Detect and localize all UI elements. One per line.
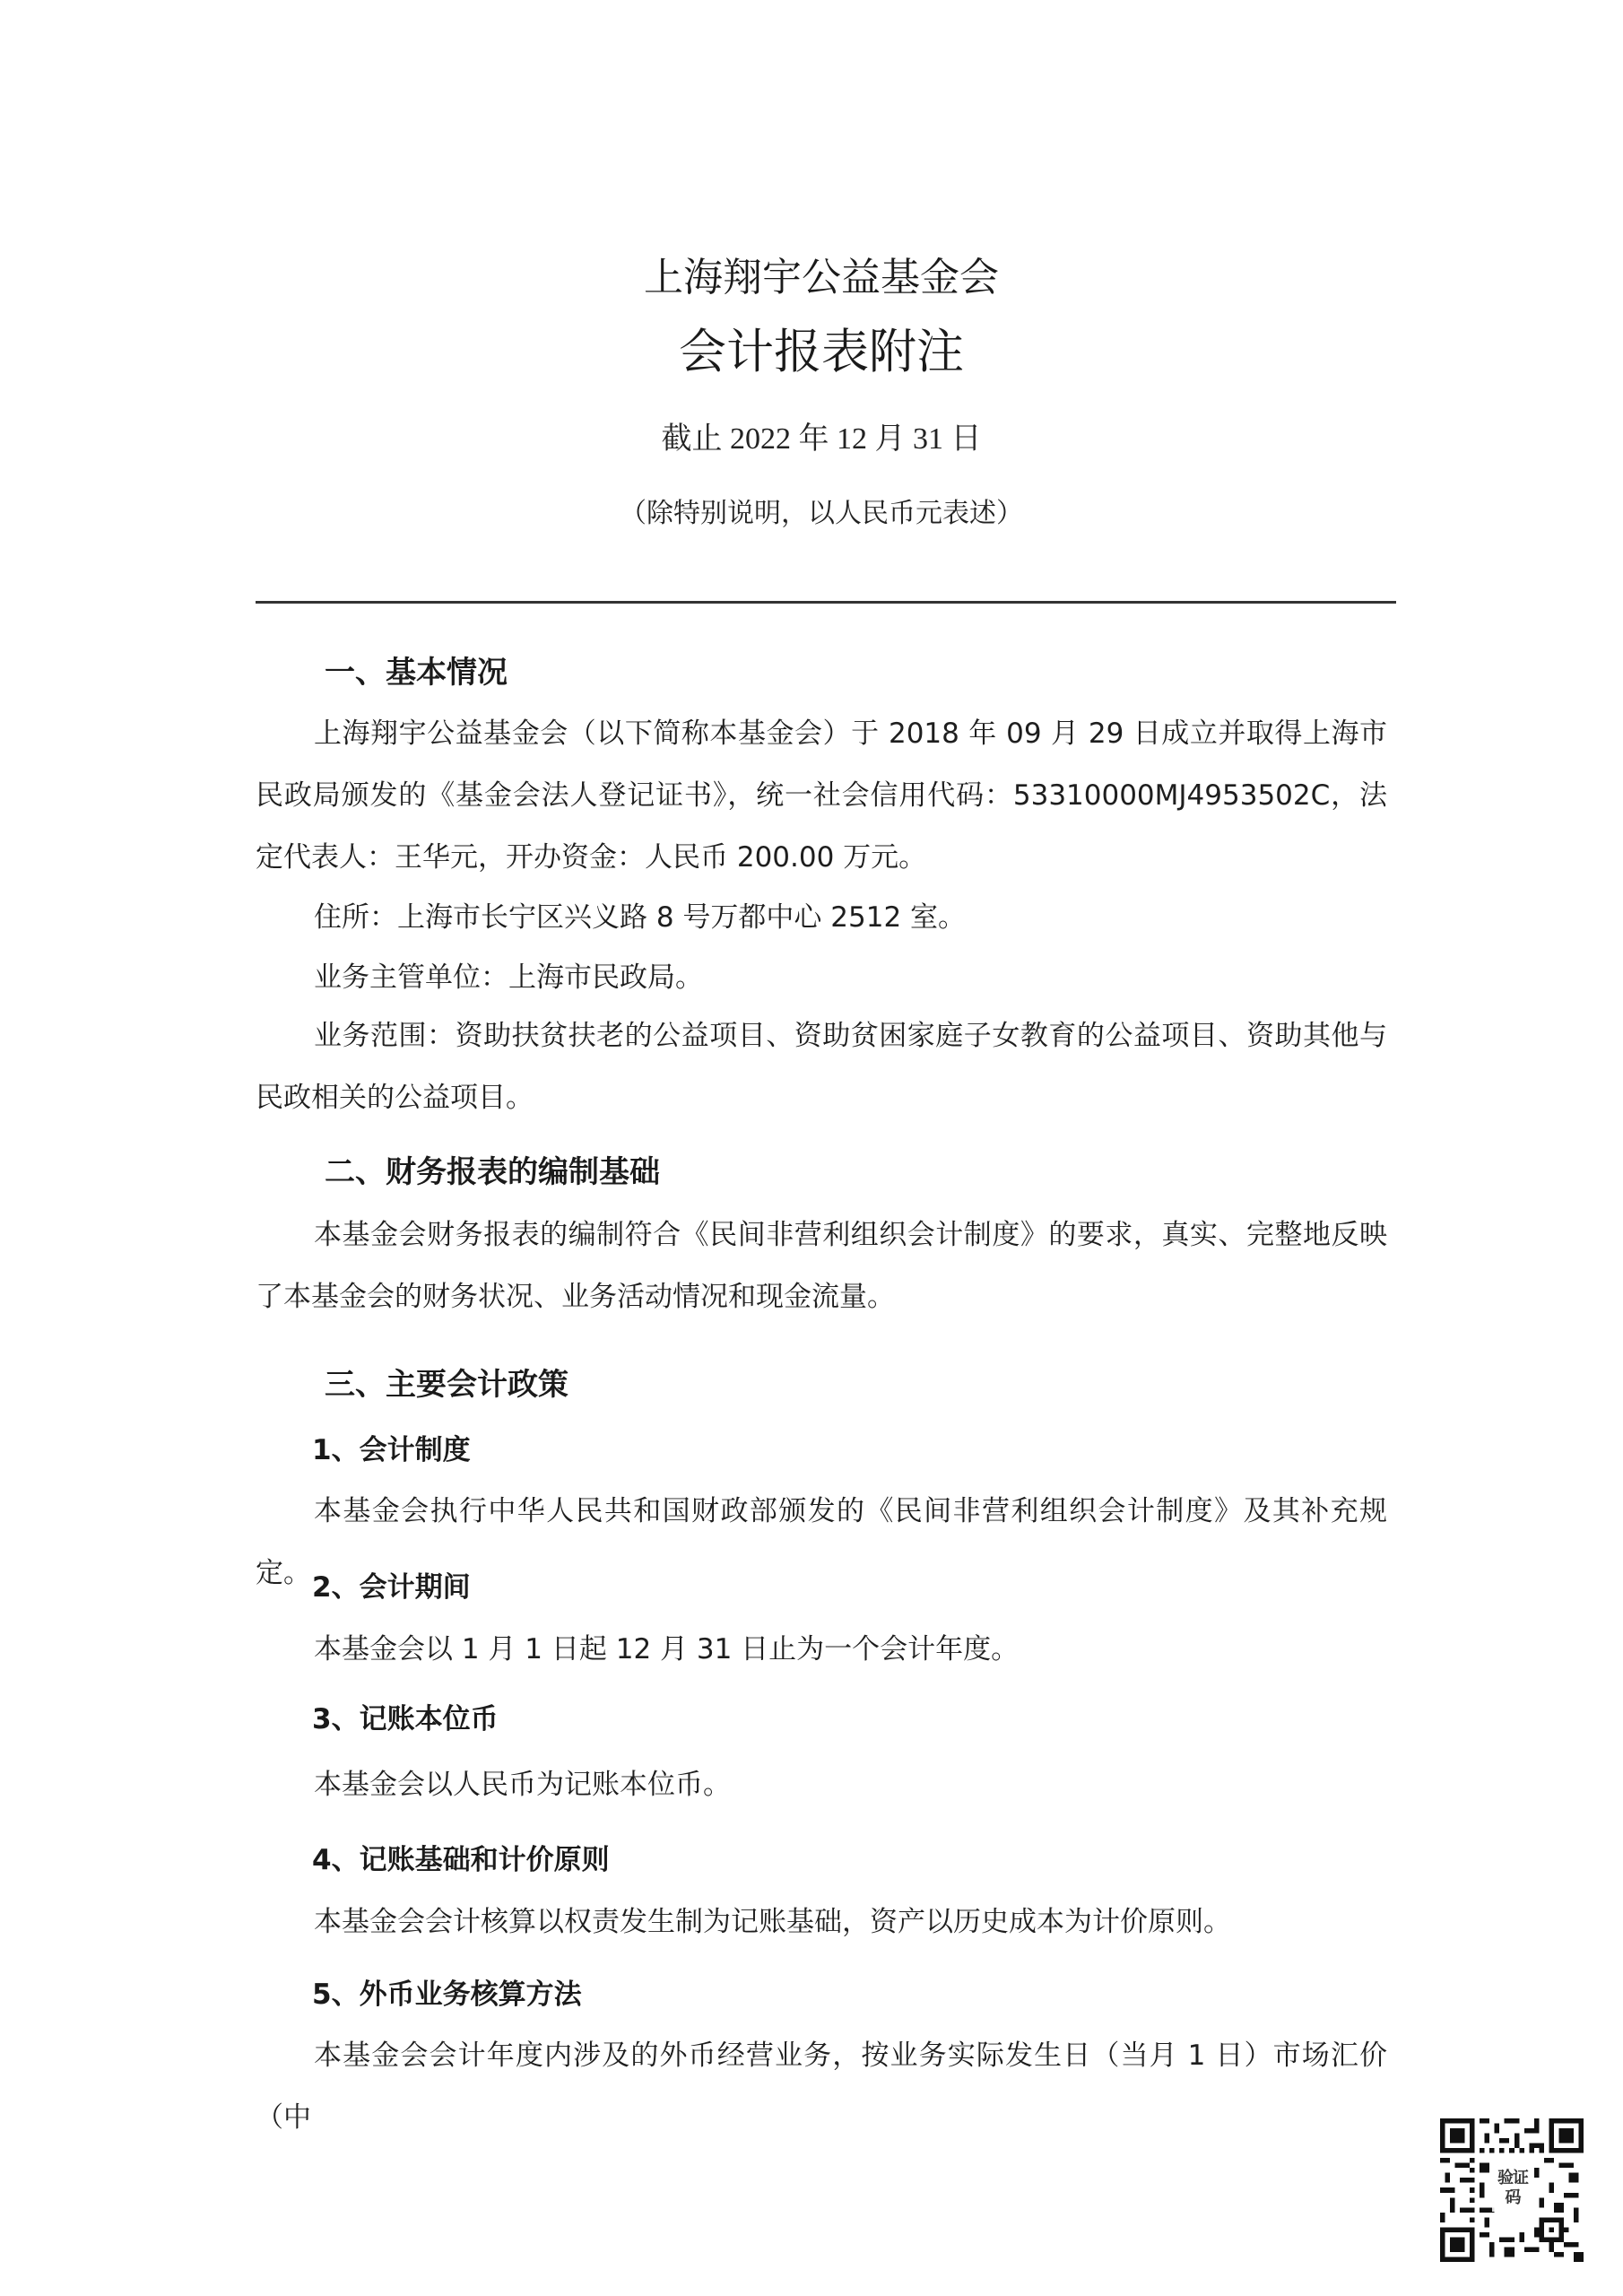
subheading-functional-currency: 3、记账本位币 xyxy=(312,1701,499,1737)
qr-code-icon[interactable]: 验证 码 xyxy=(1440,2118,1584,2262)
subheading-accounting-basis: 4、记账基础和计价原则 xyxy=(312,1842,610,1878)
paragraph-accounting-period: 本基金会以 1 月 1 日起 12 月 31 日止为一个会计年度。 xyxy=(256,1619,1387,1681)
period-date: 截止 2022 年 12 月 31 日 xyxy=(0,422,1623,457)
paragraph-foreign-currency: 本基金会会计年度内涉及的外币经营业务，按业务实际发生日（当月 1 日）市场汇价（… xyxy=(256,2025,1387,2149)
header-divider xyxy=(256,601,1396,604)
section-heading-accounting-policies: 三、主要会计政策 xyxy=(325,1365,568,1405)
qr-label-line2: 码 xyxy=(1492,2188,1533,2208)
subheading-accounting-period: 2、会计期间 xyxy=(312,1570,471,1605)
paragraph-accounting-basis: 本基金会会计核算以权责发生制为记账基础，资产以历史成本为计价原则。 xyxy=(256,1892,1387,1953)
paragraph-supervisor: 业务主管单位：上海市民政局。 xyxy=(256,947,1387,1009)
subheading-foreign-currency: 5、外币业务核算方法 xyxy=(312,1977,582,2013)
paragraph-business-scope: 业务范围：资助扶贫扶老的公益项目、资助贫困家庭子女教育的公益项目、资助其他与民政… xyxy=(256,1005,1387,1129)
qr-verification-label: 验证 码 xyxy=(1492,2169,1533,2212)
qr-label-line1: 验证 xyxy=(1492,2169,1533,2188)
subheading-accounting-system: 1、会计制度 xyxy=(312,1432,471,1468)
currency-unit-note: （除特别说明，以人民币元表述） xyxy=(0,498,1623,530)
paragraph-functional-currency: 本基金会以人民币为记账本位币。 xyxy=(256,1754,1387,1816)
section-heading-basis-of-preparation: 二、财务报表的编制基础 xyxy=(325,1152,660,1192)
paragraph-basic-info: 上海翔宇公益基金会（以下简称本基金会）于 2018 年 09 月 29 日成立并… xyxy=(256,703,1387,889)
document-title: 会计报表附注 xyxy=(0,325,1623,380)
paragraph-address: 住所：上海市长宁区兴义路 8 号万都中心 2512 室。 xyxy=(256,887,1387,949)
section-heading-basic-info: 一、基本情况 xyxy=(325,653,508,692)
paragraph-basis-of-preparation: 本基金会财务报表的编制符合《民间非营利组织会计制度》的要求，真实、完整地反映了本… xyxy=(256,1205,1387,1328)
organization-name: 上海翔宇公益基金会 xyxy=(0,255,1623,301)
